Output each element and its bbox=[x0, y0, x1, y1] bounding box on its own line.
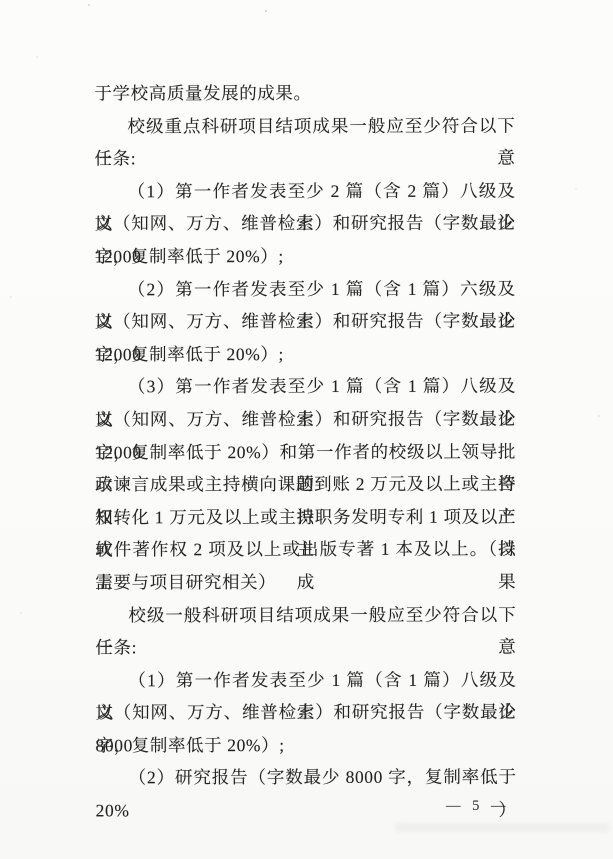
text-line: 校级一般科研项目结项成果一般应至少符合以下任意 bbox=[95, 598, 516, 631]
text-line: （2）第一作者发表至少 1 篇（含 1 篇）六级及以上论 bbox=[95, 272, 516, 305]
text-line: 文（知网、万方、维普检索）和研究报告（字数最少 12000 bbox=[95, 305, 516, 338]
scan-streak-artifact bbox=[395, 823, 610, 832]
text-line: 文（知网、万方、维普检索）和研究报告（字数最少 8000 bbox=[95, 696, 516, 729]
text-line: 文（知网、万方、维普检索）和研究报告（字数最少 12000 bbox=[95, 403, 516, 436]
text-line: 政谏言成果或主持横向课题到账 2 万元及以上或主持知识产 bbox=[95, 468, 516, 501]
text-line: （3）第一作者发表至少 1 篇（含 1 篇）八级及以上论 bbox=[95, 370, 516, 403]
text-line: 软件著作权 2 项及以上或出版专著 1 本及以上。（以上成果 bbox=[95, 533, 516, 566]
text-line: （2）研究报告（字数最少 8000 字，复制率低于 20%） bbox=[96, 761, 517, 794]
text-line: （1）第一作者发表至少 2 篇（含 2 篇）八级及以上论 bbox=[95, 174, 516, 207]
text-line: 于学校高质量发展的成果。 bbox=[94, 77, 515, 110]
text-line: 权转化 1 万元及以上或主持职务发明专利 1 项及以上或主持 bbox=[95, 500, 516, 533]
text-line: 字，复制率低于 20%）; bbox=[96, 729, 517, 762]
text-line: （1）第一作者发表至少 1 篇（含 1 篇）八级及以上论 bbox=[95, 663, 516, 696]
document-body: 于学校高质量发展的成果。 校级重点科研项目结项成果一般应至少符合以下任意 一条:… bbox=[94, 77, 516, 795]
text-line: 校级重点科研项目结项成果一般应至少符合以下任意 bbox=[94, 109, 515, 142]
text-line: 字，复制率低于 20%）; bbox=[95, 337, 516, 370]
text-line: 字，复制率低于 20%）; bbox=[95, 240, 516, 273]
text-line: 字，复制率低于 20%）和第一作者的校级以上领导批示的咨 bbox=[95, 435, 516, 468]
scanned-document-page: 于学校高质量发展的成果。 校级重点科研项目结项成果一般应至少符合以下任意 一条:… bbox=[0, 0, 613, 859]
page-number: — 5 — bbox=[446, 798, 510, 815]
text-line: 文（知网、万方、维普检索）和研究报告（字数最少 12000 bbox=[95, 207, 516, 240]
scan-speckles bbox=[0, 0, 2, 2]
